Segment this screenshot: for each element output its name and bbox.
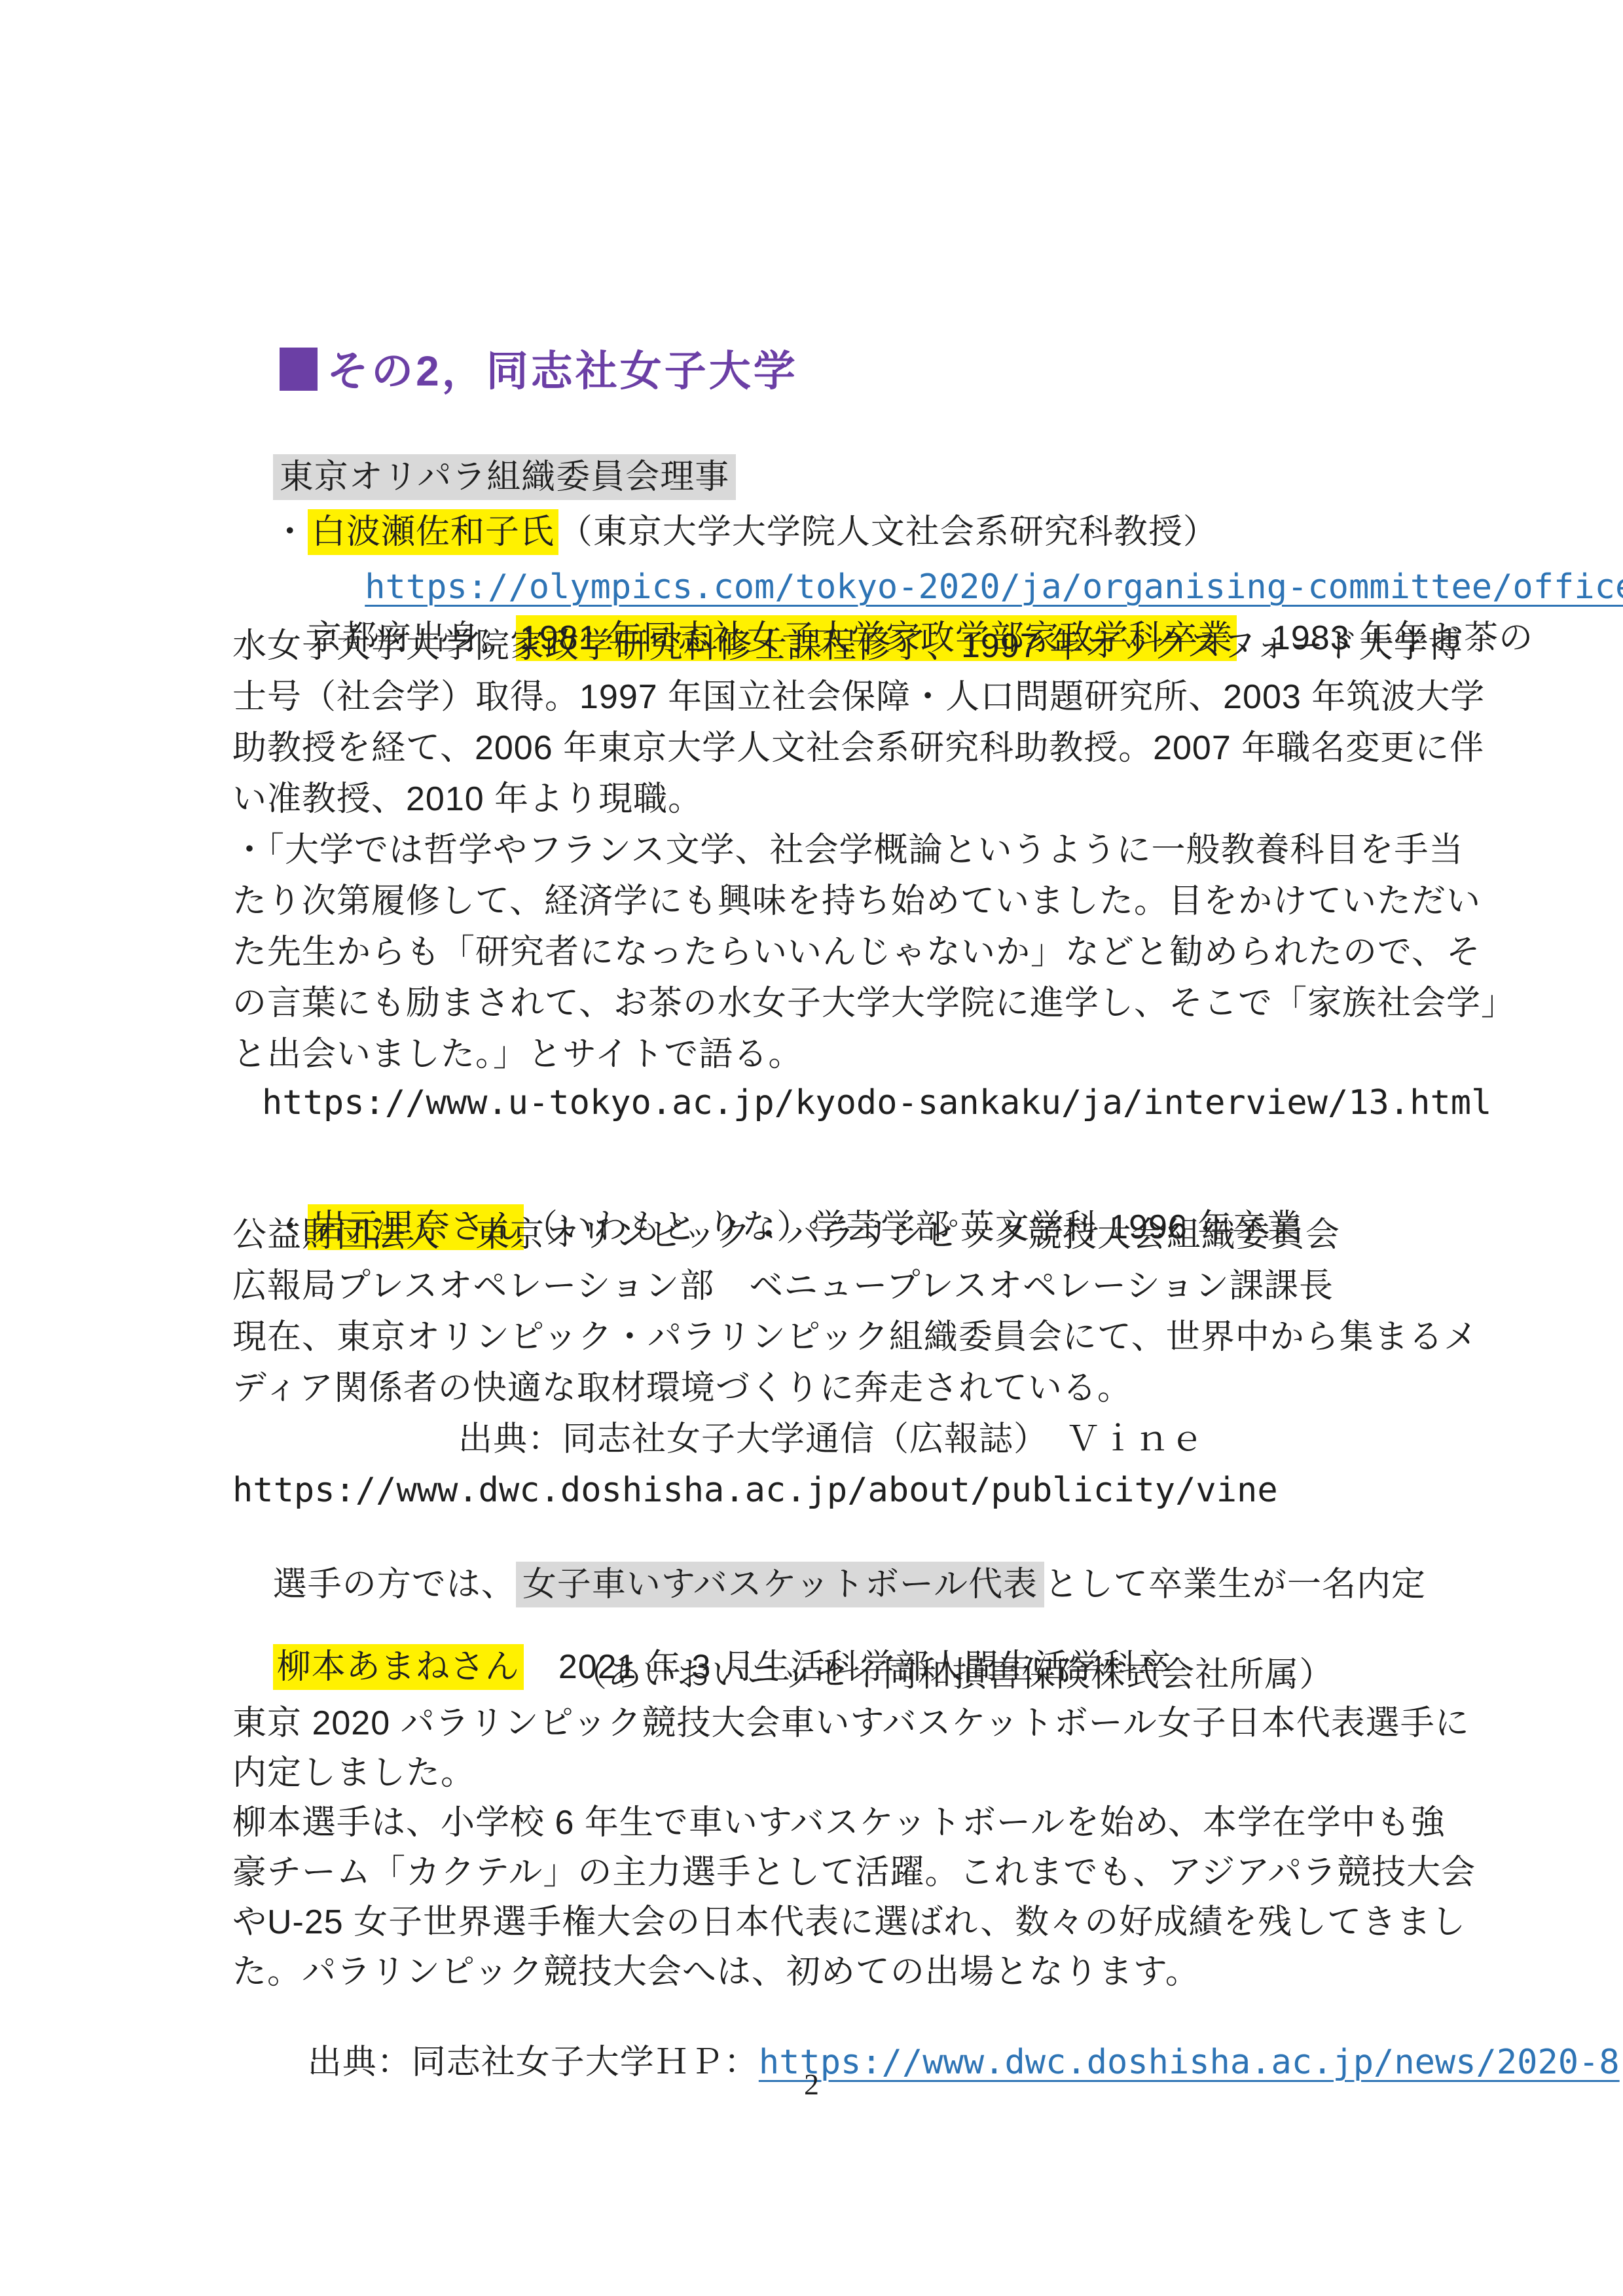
s1-bio-line-5: い准教授、2010 年より現職。 xyxy=(232,778,702,821)
s2-source-line: 出典：同志社女子大学通信（広報誌） Ｖｉｎｅ xyxy=(458,1418,1205,1461)
s1-bio-line-4: 助教授を経て、2006 年東京大学人文社会系研究科助教授。2007 年職名変更に… xyxy=(232,726,1484,770)
s2-org-line-1: 公益財団法人 東京オリンピック・パラリンピック競技大会組織委員会 xyxy=(232,1213,1340,1257)
document-page: その2，同志社女子大学 東京オリパラ組織委員会理事 ・白波瀬佐和子氏（東京大学大… xyxy=(0,0,1623,2296)
page-number: 2 xyxy=(0,2067,1623,2102)
s3-para1-line-1: 東京 2020 パラリンピック競技大会車いすバスケットボール女子日本代表選手に xyxy=(232,1702,1470,1745)
s1-bio-line-3: 士号（社会学）取得。1997 年国立社会保障・人口問題研究所、2003 年筑波大… xyxy=(232,675,1485,719)
dwc-vine-url: https://www.dwc.doshisha.ac.jp/about/pub… xyxy=(232,1469,1278,1512)
s3-para2-line-2: 豪チーム「カクテル」の主力選手として活躍。これまでも、アジアパラ競技大会 xyxy=(232,1851,1476,1894)
s3-affiliation-line: （あいおいニッセイ同和損害保険株式会社所属） xyxy=(573,1653,1334,1696)
purple-square-icon xyxy=(280,348,318,391)
s1-quote-line-4: の言葉にも励まされて、お茶の水女子大学大学院に進学し、そこで「家族社会学」 xyxy=(232,982,1516,1025)
s3-para2-line-1: 柳本選手は、小学校 6 年生で車いすバスケットボールを始め、本学在学中も強 xyxy=(232,1801,1446,1844)
athlete-text: 選手の方では、 xyxy=(273,1566,516,1604)
s3-para1-line-2: 内定しました。 xyxy=(232,1751,475,1795)
s3-person-name-highlighted: 柳本あまねさん xyxy=(273,1644,524,1690)
utokyo-interview-url: https://www.u-tokyo.ac.jp/kyodo-sankaku/… xyxy=(262,1081,1491,1124)
s2-athlete-highlighted: 女子車いすバスケットボール代表 xyxy=(516,1562,1044,1607)
s3-source-line: 出典：同志社女子大学ＨＰ：https://www.dwc.doshisha.ac… xyxy=(232,1998,1620,2127)
s2-desc-line-1: 現在、東京オリンピック・パラリンピック組織委員会にて、世界中から集まるメ xyxy=(232,1316,1478,1359)
s1-quote-line-2: たり次第履修して、経済学にも興味を持ち始めていました。目をかけていただい xyxy=(232,880,1481,923)
s1-quote-line-1: ・「大学では哲学やフランス文学、社会学概論というように一般教養科目を手当 xyxy=(232,829,1463,872)
s1-quote-line-3: た先生からも「研究者になったらいいんじゃないか」などと勧められたので、そ xyxy=(232,931,1481,974)
s3-para2-line-3: やU-25 女子世界選手権大会の日本代表に選ばれ、数々の好成績を残してきまし xyxy=(232,1901,1466,1944)
athlete-text: として卒業生が一名内定 xyxy=(1044,1566,1426,1604)
s1-bio-line-2: 水女子大学大学院家政学研究科修士課程修了、1997 年オックスフォード大学博 xyxy=(232,624,1463,668)
section-heading-text: その2，同志社女子大学 xyxy=(327,348,798,395)
s3-para2-line-4: た。パラリンピック競技大会へは、初めての出場となります。 xyxy=(232,1950,1200,1994)
s1-quote-line-5: と出会いました。」とサイトで語る。 xyxy=(232,1033,803,1076)
s2-desc-line-2: ディア関係者の快適な取材環境づくりに奔走されている。 xyxy=(232,1367,1132,1410)
s2-org-line-2: 広報局プレスオペレーション部 ベニュープレスオペレーション課課長 xyxy=(232,1265,1334,1308)
